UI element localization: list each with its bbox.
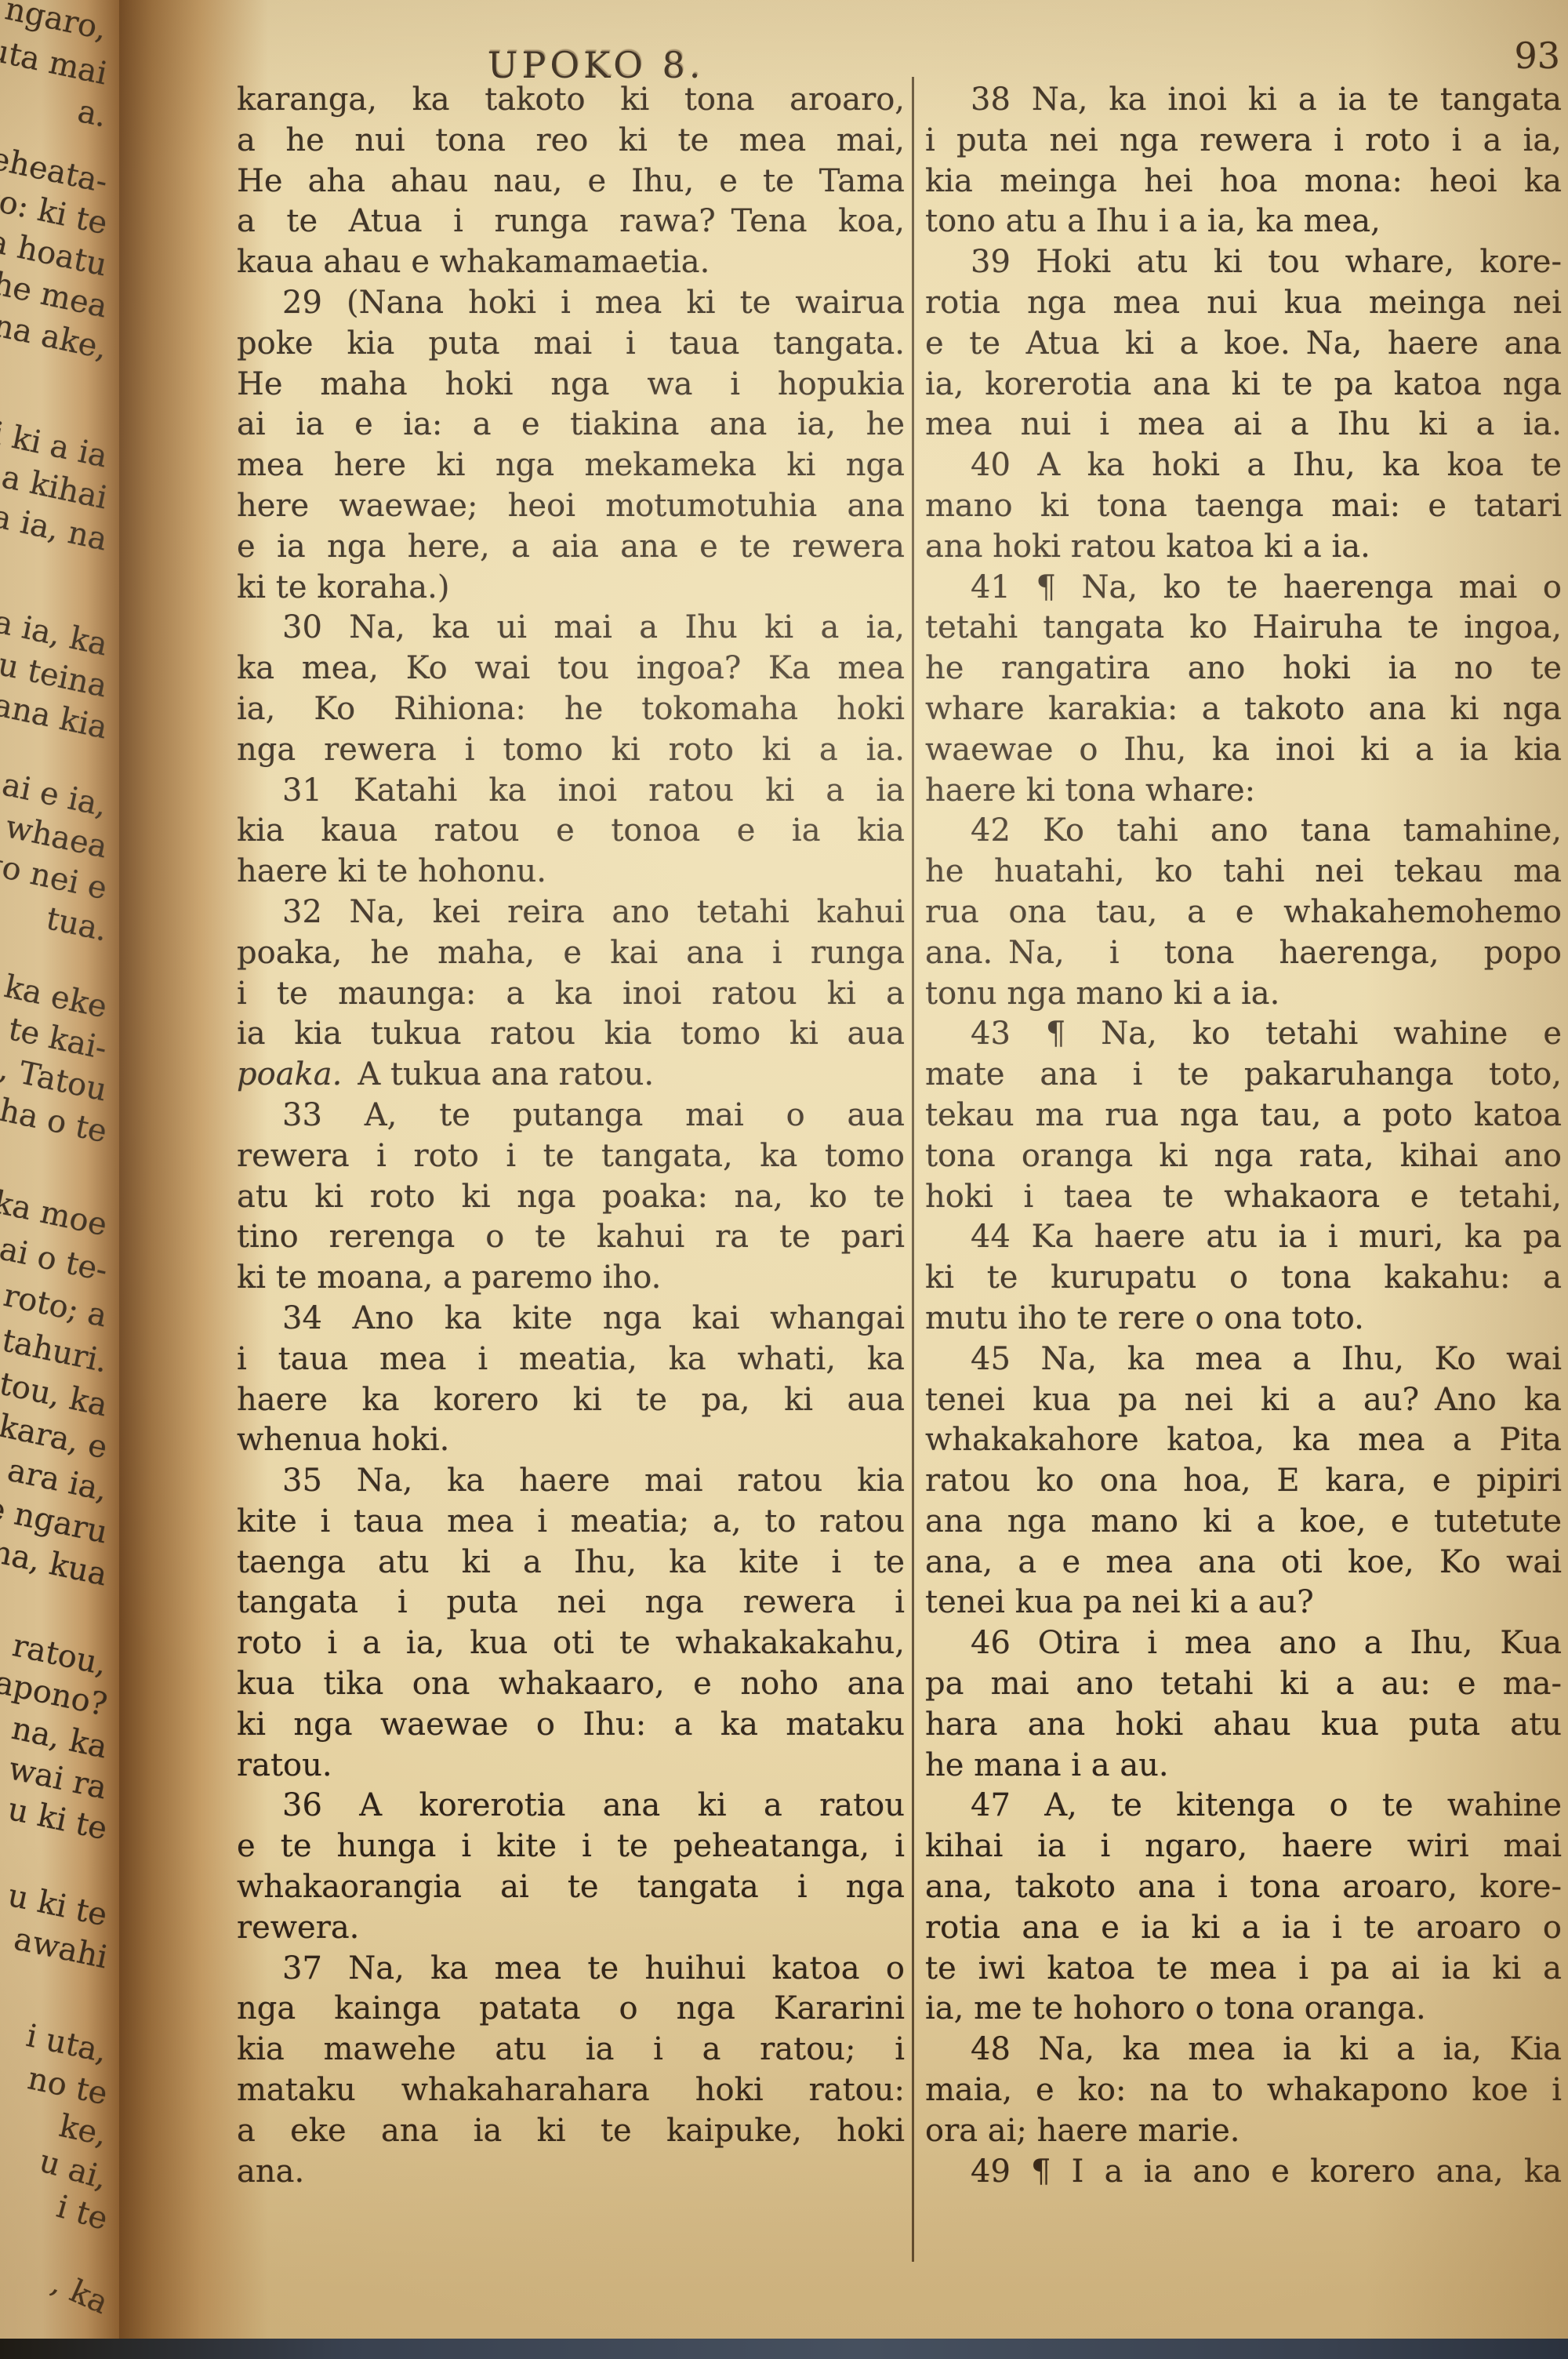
text-line: kaua ahau e whakamamaetia. xyxy=(237,242,905,283)
column-divider-rule xyxy=(912,77,914,2262)
text-line: ai ia e ia: a e tiakina ana ia, he xyxy=(237,405,905,445)
text-line: maia, e ko: na to whakapono koe i xyxy=(925,2070,1562,2111)
text-line: ana hoki ratou katoa ki a ia. xyxy=(925,527,1562,568)
text-line: hoki i taea te whakaora e tetahi, xyxy=(925,1177,1562,1218)
text-line: karanga, ka takoto ki tona aroaro, xyxy=(237,80,905,121)
text-line: i puta nei nga rewera i roto i a ia, xyxy=(925,121,1562,162)
text-line: ki te koraha.) xyxy=(237,568,905,609)
text-line: 41 ¶ Na, ko te haerenga mai o xyxy=(925,568,1562,609)
text-line: mano ki tona taenga mai: e tatari xyxy=(925,486,1562,527)
text-line: 30 Na, ka ui mai a Ihu ki a ia, xyxy=(237,608,905,649)
text-line: ia kia tukua ratou kia tomo ki aua xyxy=(237,1014,905,1055)
text-line: whare karakia: a takoto ana ki nga xyxy=(925,689,1562,730)
text-line: 31 Katahi ka inoi ratou ki a ia xyxy=(237,771,905,812)
text-line: ana. Na, i tona haerenga, popo xyxy=(925,933,1562,974)
text-line: 47 A, te kitenga o te wahine xyxy=(925,1786,1562,1826)
text-line: haere ki te hohonu. xyxy=(237,852,905,892)
text-line: mataku whakaharahara hoki ratou: xyxy=(237,2070,905,2111)
text-line: hara ana hoki ahau kua puta atu xyxy=(925,1705,1562,1746)
text-line: kihai ia i ngaro, haere wiri mai xyxy=(925,1826,1562,1867)
margin-text-fragment: , ka xyxy=(46,2265,114,2321)
text-line: e te hunga i kite i te peheatanga, i xyxy=(237,1826,905,1867)
text-line: 46 Otira i mea ano a Ihu, Kua xyxy=(925,1623,1562,1664)
text-line: kite i taua mea i meatia; a, to ratou xyxy=(237,1502,905,1543)
text-line: 36 A korerotia ana ki a ratou xyxy=(237,1786,905,1826)
text-line: tona oranga ki nga rata, kihai ano xyxy=(925,1136,1562,1177)
text-line: 49 ¶ I a ia ano e korero ana, ka xyxy=(925,2152,1562,2193)
text-line: poaka, he maha, e kai ana i runga xyxy=(237,933,905,974)
text-line: kia kaua ratou e tonoa e ia kia xyxy=(237,811,905,852)
text-line: 32 Na, kei reira ano tetahi kahui xyxy=(237,892,905,933)
text-line: haere ka korero ki te pa, ki aua xyxy=(237,1380,905,1421)
text-line: tonu nga mano ki a ia. xyxy=(925,974,1562,1015)
text-line: He aha ahau nau, e Ihu, e te Tama xyxy=(237,162,905,202)
text-line: rua ona tau, a e whakahemohemo xyxy=(925,892,1562,933)
text-line: whenua hoki. xyxy=(237,1420,905,1461)
text-line: i taua mea i meatia, ka whati, ka xyxy=(237,1339,905,1380)
text-line: te iwi katoa te mea i pa ai ia ki a xyxy=(925,1949,1562,1990)
text-line: ana nga mano ki a koe, e tutetute xyxy=(925,1502,1562,1543)
text-line: 38 Na, ka inoi ki a ia te tangata xyxy=(925,80,1562,121)
text-line: waewae o Ihu, ka inoi ki a ia kia xyxy=(925,730,1562,771)
book-page-photo: nea i ngaro,e puta maia.te peheata-ongo:… xyxy=(0,0,1568,2359)
text-line: he mana i a au. xyxy=(925,1746,1562,1787)
text-line: he huatahi, ko tahi nei tekau ma xyxy=(925,852,1562,892)
text-line: 34 Ano ka kite nga kai whangai xyxy=(237,1299,905,1339)
text-line: ia, korerotia ana ki te pa katoa nga xyxy=(925,365,1562,405)
text-line: taenga atu ki a Ihu, ka kite i te xyxy=(237,1543,905,1583)
text-line: ki nga waewae o Ihu: a ka mataku xyxy=(237,1705,905,1746)
left-column: karanga, ka takoto ki tona aroaro,a he n… xyxy=(237,80,905,2192)
text-line: ana, a e mea ana oti koe, Ko wai xyxy=(925,1543,1562,1583)
text-line: ora ai; haere marie. xyxy=(925,2111,1562,2152)
text-line: roto i a ia, kua oti te whakakakahu, xyxy=(237,1623,905,1664)
text-line: He maha hoki nga wa i hopukia xyxy=(237,365,905,405)
margin-strip: nea i ngaro,e puta maia.te peheata-ongo:… xyxy=(0,0,116,2359)
text-line: atu ki roto ki nga poaka: na, ko te xyxy=(237,1177,905,1218)
text-line: ana, takoto ana i tona aroaro, kore- xyxy=(925,1867,1562,1908)
text-line: tangata i puta nei nga rewera i xyxy=(237,1583,905,1623)
text-line: poke kia puta mai i taua tangata. xyxy=(237,324,905,365)
text-line: nga kainga patata o nga Kararini xyxy=(237,1989,905,2030)
margin-text-fragment: ke, xyxy=(56,2108,111,2154)
text-line: tetahi tangata ko Hairuha te ingoa, xyxy=(925,608,1562,649)
text-line: mea nui i mea ai a Ihu ki a ia. xyxy=(925,405,1562,445)
text-line: 48 Na, ka mea ia ki a ia, Kia xyxy=(925,2030,1562,2070)
text-line: tono atu a Ihu i a ia, ka mea, xyxy=(925,202,1562,242)
text-line: 44 Ka haere atu ia i muri, ka pa xyxy=(925,1217,1562,1258)
text-line: kia mawehe atu ia i a ratou; i xyxy=(237,2030,905,2070)
text-line: poaka. A tukua ana ratou. xyxy=(237,1055,905,1096)
text-line: ratou. xyxy=(237,1746,905,1787)
margin-text-fragment: tua. xyxy=(43,900,111,948)
text-line: ki te moana, a paremo iho. xyxy=(237,1258,905,1299)
text-line: here waewae; heoi motumotuhia ana xyxy=(237,486,905,527)
text-line: kua tika ona whakaaro, e noho ana xyxy=(237,1664,905,1705)
text-line: 40 A ka hoki a Ihu, ka koa te xyxy=(925,445,1562,486)
text-line: pa mai ano tetahi ki a au: e ma- xyxy=(925,1664,1562,1705)
text-line: 37 Na, ka mea te huihui katoa o xyxy=(237,1949,905,1990)
text-line: a eke ana ia ki te kaipuke, hoki xyxy=(237,2111,905,2152)
text-line: tenei kua pa nei ki a au? xyxy=(925,1583,1562,1623)
text-line: ka mea, Ko wai tou ingoa? Ka mea xyxy=(237,649,905,689)
text-line: tenei kua pa nei ki a au? Ano ka xyxy=(925,1380,1562,1421)
text-line: i te maunga: a ka inoi ratou ki a xyxy=(237,974,905,1015)
text-line: ia, me te hohoro o tona oranga. xyxy=(925,1989,1562,2030)
text-line: mate ana i te pakaruhanga toto, xyxy=(925,1055,1562,1096)
text-line: ia, Ko Rihiona: he tokomaha hoki xyxy=(237,689,905,730)
text-line: 29 (Nana hoki i mea ki te wairua xyxy=(237,283,905,324)
text-line: 45 Na, ka mea a Ihu, Ko wai xyxy=(925,1339,1562,1380)
text-line: tekau ma rua nga tau, a poto katoa xyxy=(925,1096,1562,1136)
text-line: 35 Na, ka haere mai ratou kia xyxy=(237,1461,905,1502)
margin-text-fragment: i te xyxy=(53,2189,111,2237)
text-line: rotia nga mea nui kua meinga nei xyxy=(925,283,1562,324)
text-line: ana. xyxy=(237,2152,905,2193)
text-line: whakaorangia ai te tangata i nga xyxy=(237,1867,905,1908)
text-line: nga rewera i tomo ki roto ki a ia. xyxy=(237,730,905,771)
text-line: mutu iho te rere o ona toto. xyxy=(925,1299,1562,1339)
text-line: whakakahore katoa, ka mea a Pita xyxy=(925,1420,1562,1461)
text-line: a he nui tona reo ki te mea mai, xyxy=(237,121,905,162)
text-line: e te Atua ki a koe. Na, haere ana xyxy=(925,324,1562,365)
text-line: a te Atua i runga rawa? Tena koa, xyxy=(237,202,905,242)
text-line: ratou ko ona hoa, E kara, e pipiri xyxy=(925,1461,1562,1502)
text-line: rewera. xyxy=(237,1908,905,1949)
text-line: he rangatira ano hoki ia no te xyxy=(925,649,1562,689)
text-line: 42 Ko tahi ano tana tamahine, xyxy=(925,811,1562,852)
text-line: kia meinga hei hoa mona: heoi ka xyxy=(925,162,1562,202)
text-line: ki te kurupatu o tona kakahu: a xyxy=(925,1258,1562,1299)
text-line: rewera i roto i te tangata, ka tomo xyxy=(237,1136,905,1177)
text-line: haere ki tona whare: xyxy=(925,771,1562,812)
text-line: tino rerenga o te kahui ra te pari xyxy=(237,1217,905,1258)
text-line: e ia nga here, a aia ana e te rewera xyxy=(237,527,905,568)
page-number: 93 xyxy=(1458,35,1560,77)
text-line: 39 Hoki atu ki tou whare, kore- xyxy=(925,242,1562,283)
text-line: 33 A, te putanga mai o aua xyxy=(237,1096,905,1136)
text-line: rotia ana e ia ki a ia i te aroaro o xyxy=(925,1908,1562,1949)
right-column: 38 Na, ka inoi ki a ia te tangatai puta … xyxy=(925,80,1562,2192)
margin-text-fragment: a. xyxy=(74,93,110,135)
text-line: mea here ki nga mekameka ki nga xyxy=(237,445,905,486)
table-edge-shadow xyxy=(0,2339,1568,2359)
text-line: 43 ¶ Na, ko tetahi wahine e xyxy=(925,1014,1562,1055)
